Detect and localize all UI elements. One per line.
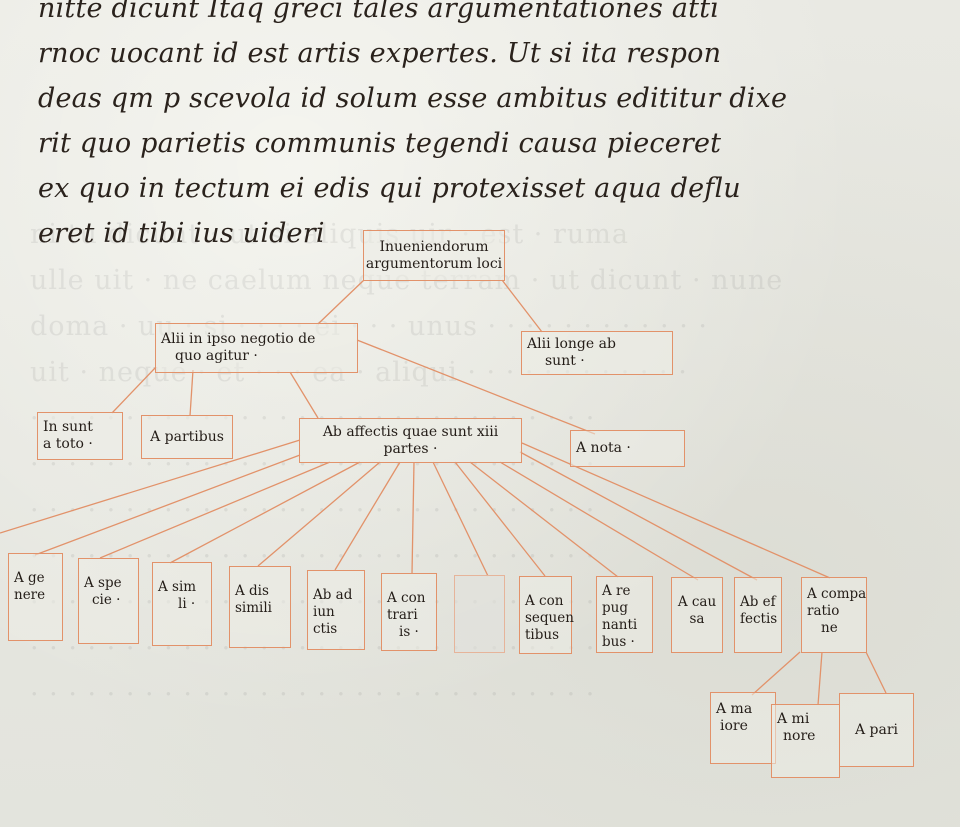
node-a-specie: A spe cie ·: [78, 558, 139, 644]
node-label: pug: [602, 600, 628, 617]
node-label: A sim: [158, 579, 196, 596]
diagram-connectors: [0, 0, 960, 827]
node-longe-absunt: Alii longe ab sunt ·: [521, 331, 673, 375]
node-ab-affectis: Ab affectis quae sunt xiii partes ·: [299, 418, 522, 463]
node-label: Alii in ipso negotio de: [161, 331, 315, 348]
node-root-inveniendorum-argumentorum-loci: Inueniendorum argumentorum loci: [363, 230, 505, 281]
node-label: A con: [525, 593, 563, 610]
node-label: A dis: [235, 583, 269, 600]
node-label: bus ·: [602, 634, 635, 651]
node-label: Ab ef: [740, 594, 776, 611]
node-a-simili: A sim li ·: [152, 562, 212, 646]
node-label: A compa: [807, 586, 866, 603]
node-a-partibus: A partibus: [141, 415, 233, 459]
node-a-pari: A pari: [839, 693, 914, 767]
node-label: A ma: [716, 701, 752, 718]
node-label: is ·: [387, 624, 419, 641]
node-label: a toto ·: [43, 436, 93, 453]
node-blank-faded: [454, 575, 505, 653]
node-label: ne: [807, 620, 838, 637]
node-label: A spe: [84, 575, 122, 592]
node-label: A cau: [678, 594, 716, 611]
node-label: In sunt: [43, 419, 93, 436]
node-label: nanti: [602, 617, 637, 634]
node-label: A pari: [855, 722, 898, 739]
node-label: ctis: [313, 621, 337, 638]
node-label: A ge: [14, 570, 45, 587]
node-ab-adiunctis: Ab ad iun ctis: [307, 570, 365, 650]
node-a-minore: A mi nore: [771, 704, 840, 778]
node-label: Alii longe ab: [527, 336, 616, 353]
node-label: iore: [716, 718, 748, 735]
node-a-nota: A nota ·: [570, 430, 685, 467]
node-a-genere: A ge nere: [8, 553, 63, 641]
node-label: partes ·: [384, 441, 438, 458]
node-label: fectis: [740, 611, 777, 628]
node-in-ipso-negotio: Alii in ipso negotio de quo agitur ·: [155, 323, 358, 373]
node-label: ratio: [807, 603, 839, 620]
node-label: sunt ·: [527, 353, 585, 370]
node-label: trari: [387, 607, 418, 624]
node-label: sa: [690, 611, 705, 628]
node-label: simili: [235, 600, 272, 617]
node-label: quo agitur ·: [161, 348, 258, 365]
node-label: nere: [14, 587, 45, 604]
node-a-dissimili: A dis simili: [229, 566, 291, 648]
node-a-causa: A cau sa: [671, 577, 723, 653]
node-label: iun: [313, 604, 335, 621]
node-a-comparatione: A compa ratio ne: [801, 577, 867, 653]
node-label: A re: [602, 583, 630, 600]
node-label: li ·: [158, 596, 195, 613]
node-label: A mi: [777, 711, 809, 728]
node-a-maiore: A ma iore: [710, 692, 776, 764]
node-label: argumentorum loci: [366, 256, 502, 273]
node-a-consequentibus: A con sequen tibus: [519, 576, 572, 654]
node-label: Ab affectis quae sunt xiii: [323, 424, 498, 441]
node-label: cie ·: [84, 592, 120, 609]
node-label: Ab ad: [313, 587, 352, 604]
node-label: sequen: [525, 610, 574, 627]
node-ab-effectis: Ab ef fectis: [734, 577, 782, 653]
node-label: nore: [777, 728, 815, 745]
node-a-contrariis: A con trari is ·: [381, 573, 437, 651]
node-label: A nota ·: [576, 440, 631, 457]
node-label: A con: [387, 590, 425, 607]
node-a-toto: In sunt a toto ·: [37, 412, 123, 460]
node-label: tibus: [525, 627, 559, 644]
node-label: Inueniendorum: [379, 239, 488, 256]
node-label: A partibus: [150, 429, 224, 446]
node-a-repugnantibus: A re pug nanti bus ·: [596, 576, 653, 653]
